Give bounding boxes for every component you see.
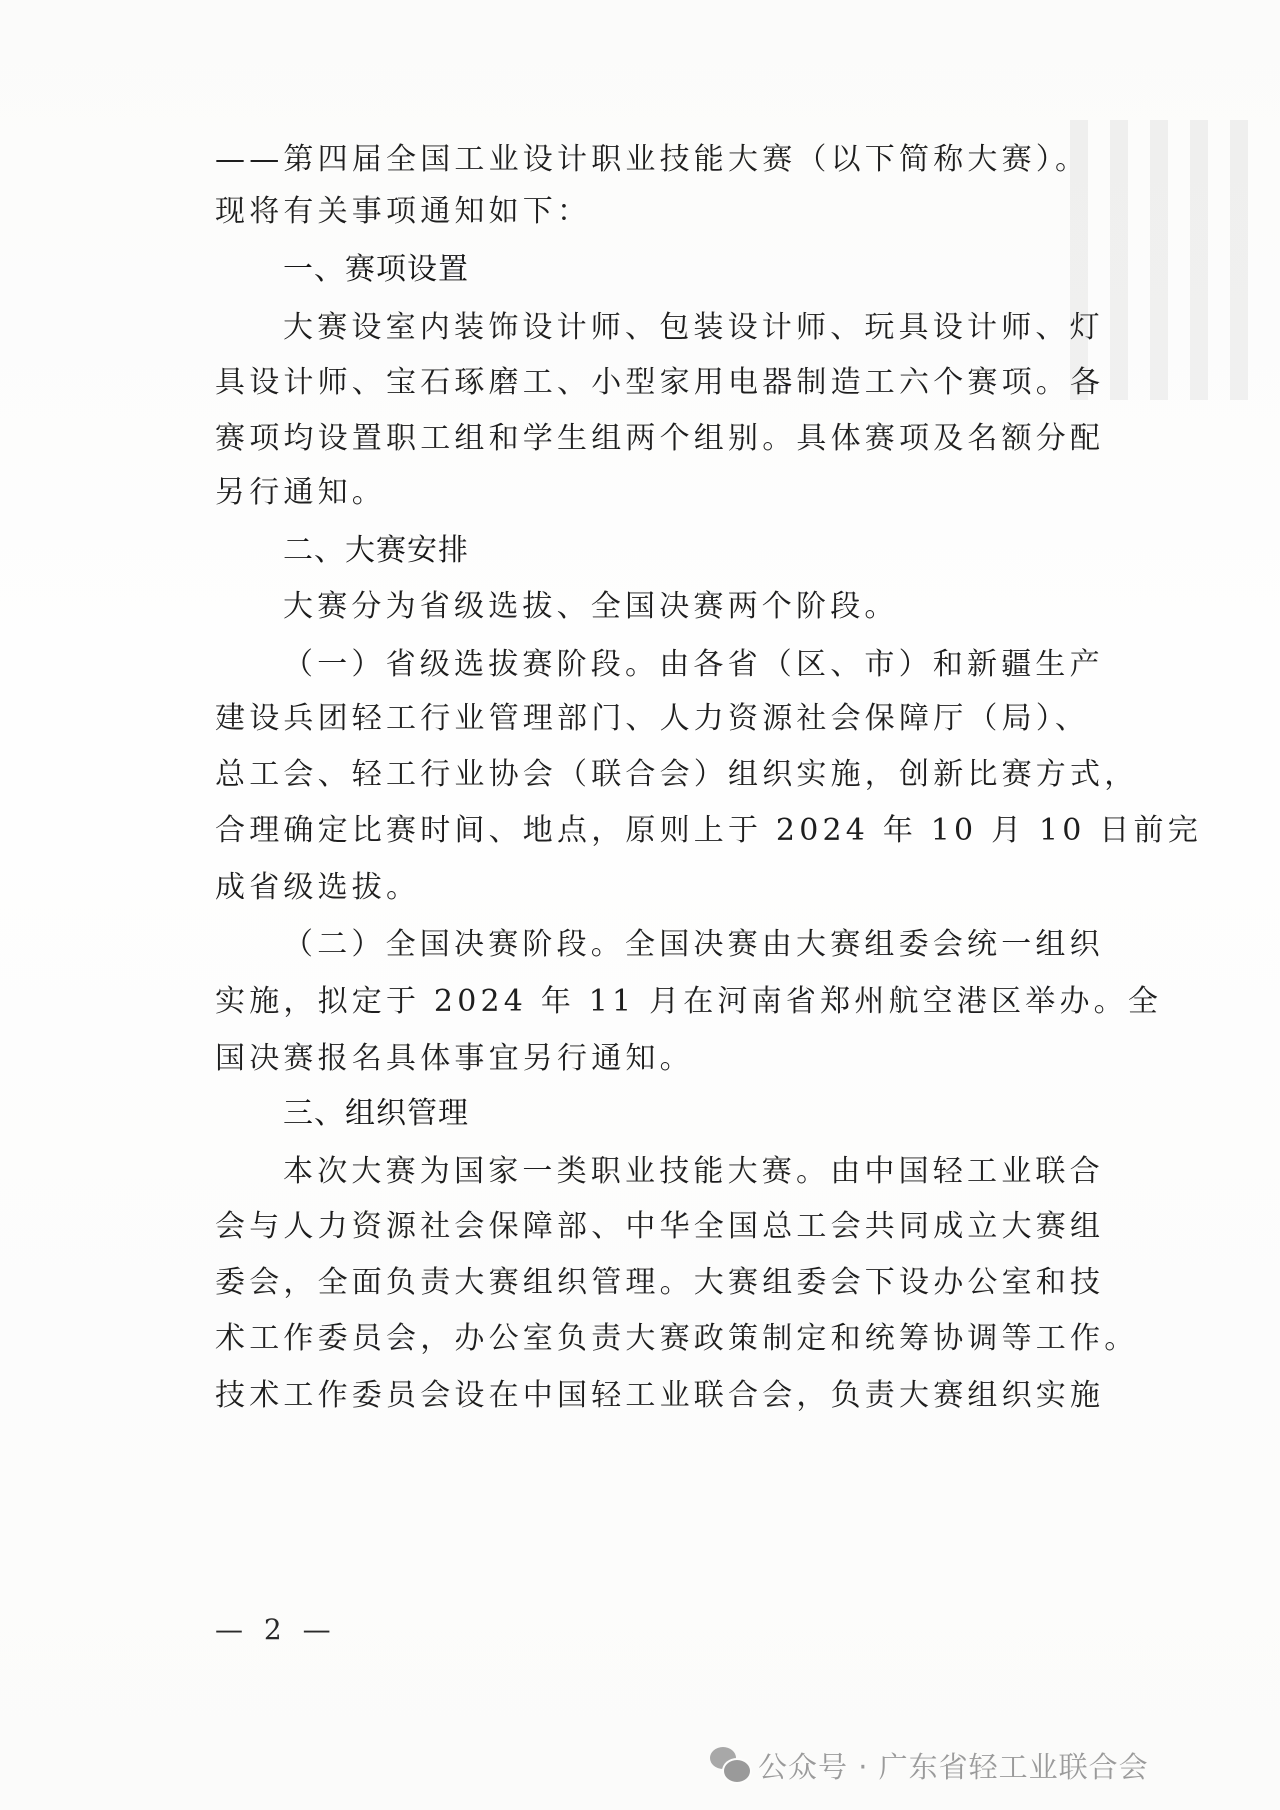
body-line: 成省级选拔。 [215,868,1115,908]
body-line: 总工会、轻工行业协会（联合会）组织实施，创新比赛方式， [215,755,1115,795]
body-line: 赛项均设置职工组和学生组两个组别。具体赛项及名额分配 [215,419,1115,459]
body-line: 委会，全面负责大赛组织管理。大赛组委会下设办公室和技 [215,1263,1115,1303]
body-line: 实施，拟定于 2024 年 11 月在河南省郑州航空港区举办。全 [215,982,1115,1022]
body-line: 另行通知。 [215,473,1115,513]
body-line: 技术工作委员会设在中国轻工业联合会，负责大赛组织实施 [215,1376,1115,1416]
section-heading-3: 三、组织管理 [283,1094,469,1134]
section-heading-1: 一、赛项设置 [283,250,469,290]
body-line: 术工作委员会，办公室负责大赛政策制定和统筹协调等工作。 [215,1319,1115,1359]
body-line: 合理确定比赛时间、地点，原则上于 2024 年 10 月 10 日前完 [215,811,1115,851]
body-line: 建设兵团轻工行业管理部门、人力资源社会保障厅（局）、 [215,699,1115,739]
body-line: （一）省级选拔赛阶段。由各省（区、市）和新疆生产 [283,645,1183,685]
wechat-icon [710,1747,750,1783]
body-line: 具设计师、宝石琢磨工、小型家用电器制造工六个赛项。各 [215,363,1115,403]
body-line: ——第四届全国工业设计职业技能大赛（以下简称大赛）。 [215,140,1115,180]
body-line: 现将有关事项通知如下： [215,192,1115,232]
body-line: 大赛设室内装饰设计师、包装设计师、玩具设计师、灯 [283,308,1183,348]
body-line: 国决赛报名具体事宜另行通知。 [215,1039,1115,1079]
watermark-text: 公众号 · 广东省轻工业联合会 [758,1745,1149,1786]
body-line: 大赛分为省级选拔、全国决赛两个阶段。 [283,587,1183,627]
section-heading-2: 二、大赛安排 [283,531,469,571]
body-line: 会与人力资源社会保障部、中华全国总工会共同成立大赛组 [215,1207,1115,1247]
body-line: 本次大赛为国家一类职业技能大赛。由中国轻工业联合 [283,1152,1183,1192]
wechat-watermark: 公众号 · 广东省轻工业联合会 [710,1745,1149,1785]
document-page: ——第四届全国工业设计职业技能大赛（以下简称大赛）。 现将有关事项通知如下： 一… [0,0,1280,1810]
body-line: （二）全国决赛阶段。全国决赛由大赛组委会统一组织 [283,925,1183,965]
page-number: — 2 — [215,1610,337,1650]
